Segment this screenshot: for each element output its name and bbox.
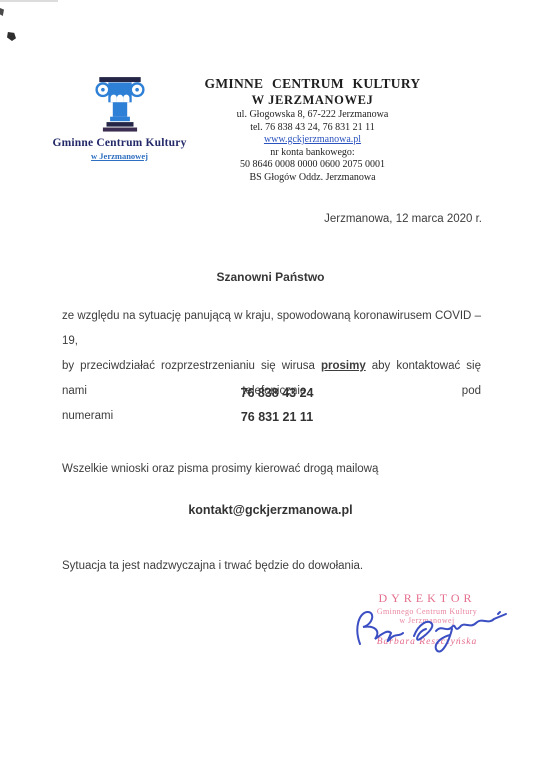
ionic-column-icon	[93, 76, 147, 134]
bank-account-number: 50 8646 0008 0000 0600 2075 0001	[190, 159, 435, 171]
paragraph-line: ze względu na sytuację panującą w kraju,…	[62, 304, 481, 354]
bank-branch: BS Głogów Oddz. Jerzmanowa	[190, 172, 435, 184]
org-name-line: GMINNE CENTRUM KULTURY	[190, 76, 435, 92]
paragraph-text: by przeciwdziałać rozprzestrzenianiu się…	[62, 360, 321, 372]
scanned-letter-page: Gminne Centrum Kultury w Jerzmanowej GMI…	[0, 0, 541, 768]
logo-org-name: Gminne Centrum Kultury	[47, 137, 192, 149]
scan-artifact-smudge	[0, 0, 58, 2]
org-phones: tel. 76 838 43 24, 76 831 21 11	[190, 122, 435, 134]
org-address: ul. Głogowska 8, 67-222 Jerzmanowa	[190, 109, 435, 121]
contact-phone-numbers: 76 838 43 24 76 831 21 11	[0, 381, 541, 429]
emphasized-word: prosimy	[321, 360, 366, 372]
org-website-text: www.gckjerzmanowa.pl	[190, 134, 435, 146]
org-place-line: W JERZMANOWEJ	[190, 93, 435, 108]
contact-email-address: kontakt@gckjerzmanowa.pl	[0, 503, 541, 517]
salutation: Szanowni Państwo	[0, 270, 541, 284]
phone-number-1: 76 838 43 24	[13, 381, 541, 405]
paragraph-text: ze względu na sytuację panującą w kraju,…	[62, 310, 481, 347]
letterhead-block: GMINNE CENTRUM KULTURY W JERZMANOWEJ ul.…	[190, 76, 435, 183]
scan-artifact-mark	[7, 32, 16, 41]
handwritten-signature	[348, 600, 518, 662]
scan-artifact-mark	[0, 8, 4, 16]
bank-account-label: nr konta bankowego:	[190, 147, 435, 159]
body-paragraph-closing: Sytuacja ta jest nadzwyczajna i trwać bę…	[62, 560, 363, 572]
logo-org-subtitle: w Jerzmanowej	[47, 151, 192, 161]
body-paragraph-mail: Wszelkie wnioski oraz pisma prosimy kier…	[62, 463, 378, 475]
date-line: Jerzmanowa, 12 marca 2020 r.	[0, 213, 482, 225]
phone-number-2: 76 831 21 11	[13, 405, 541, 429]
organization-logo: Gminne Centrum Kultury w Jerzmanowej	[47, 76, 192, 161]
